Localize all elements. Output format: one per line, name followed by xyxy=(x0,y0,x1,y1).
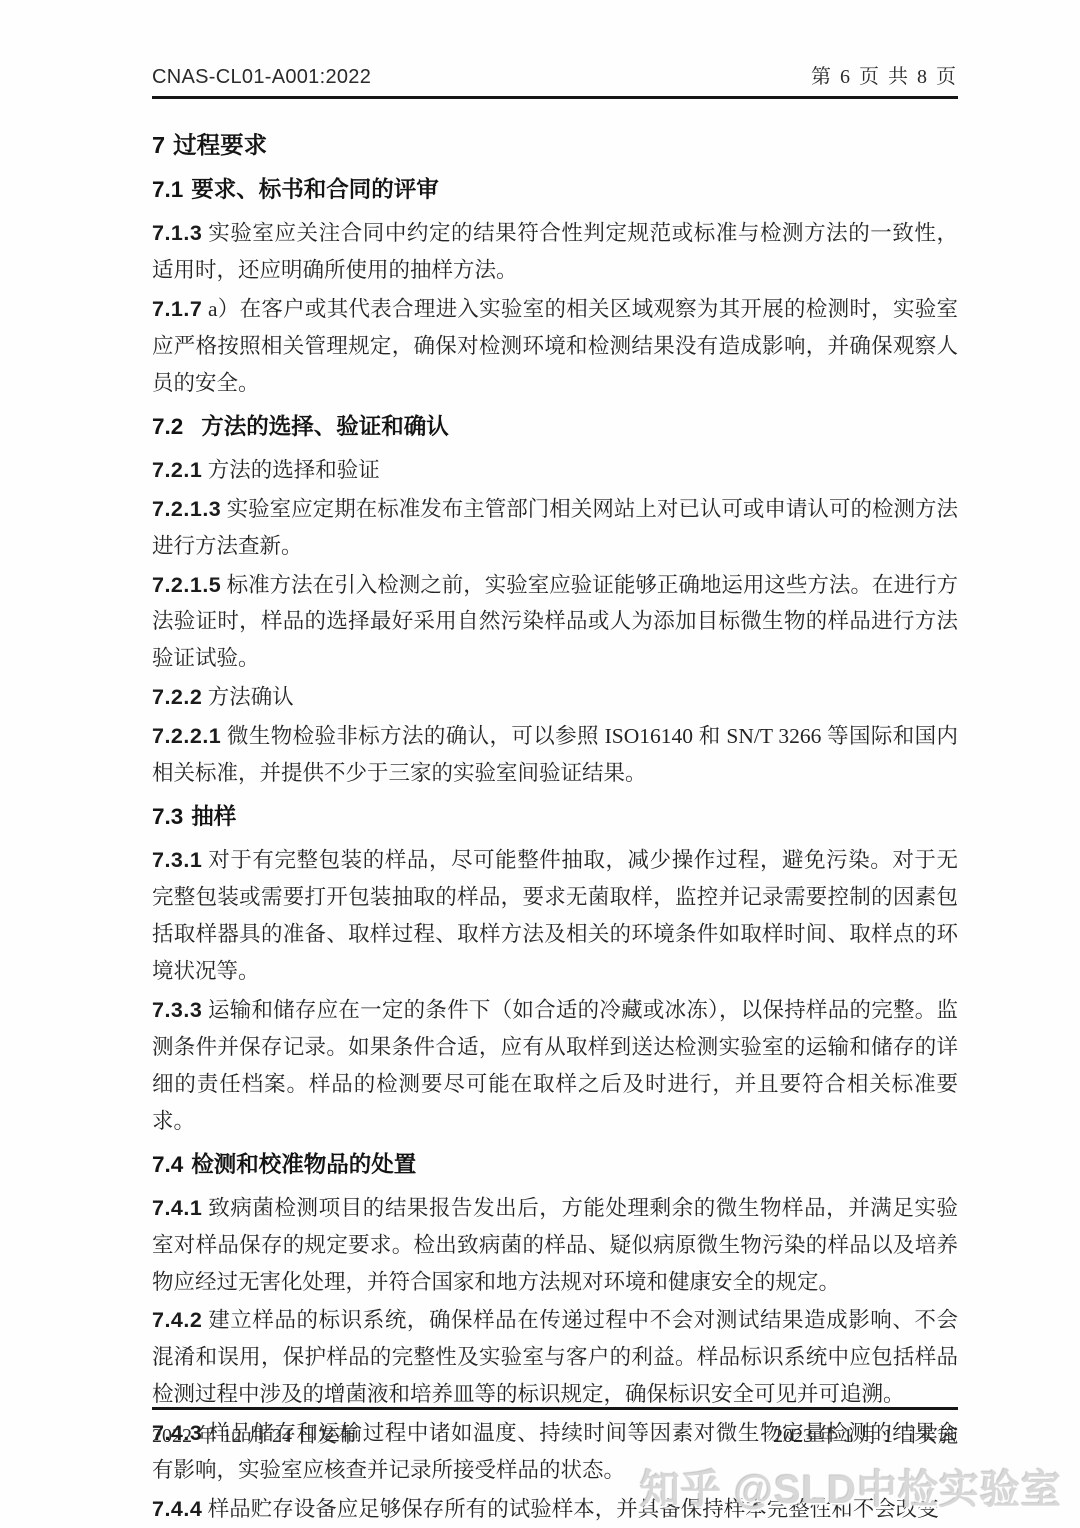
clause-text: 方法确认 xyxy=(208,685,294,709)
clause-number: 7.1 xyxy=(152,177,183,202)
heading-7-2: 7.2方法的选择、验证和确认 xyxy=(152,410,958,444)
clause-7-2-1-5: 7.2.1.5 标准方法在引入检测之前，实验室应验证能够正确地运用这些方法。在进… xyxy=(152,567,958,678)
clause-7-4-2: 7.4.2 建立样品的标识系统，确保样品在传递过程中不会对测试结果造成影响、不会… xyxy=(152,1302,958,1413)
document-page: CNAS-CL01-A001:2022 第 6 页 共 8 页 7过程要求 7.… xyxy=(0,0,1080,1528)
clause-number: 7.3 xyxy=(152,804,183,829)
heading-text: 过程要求 xyxy=(173,132,267,158)
heading-7-3: 7.3抽样 xyxy=(152,800,958,834)
clause-text: 方法的选择和验证 xyxy=(208,458,380,482)
clause-number: 7.4 xyxy=(152,1152,183,1177)
implement-date: 2023 年 1 月 1 日实施 xyxy=(773,1419,958,1448)
heading-text: 要求、标书和合同的评审 xyxy=(191,177,439,202)
clause-number: 7.2.2 xyxy=(152,685,202,709)
clause-text: 对于有完整包装的样品，尽可能整件抽取，减少操作过程，避免污染。对于无完整包装或需… xyxy=(152,848,958,983)
document-body: 7过程要求 7.1要求、标书和合同的评审 7.1.3 实验室应关注合同中约定的结… xyxy=(152,122,958,1528)
clause-number: 7.4.4 xyxy=(152,1497,202,1521)
clause-7-4-1: 7.4.1 致病菌检测项目的结果报告发出后，方能处理剩余的微生物样品，并满足实验… xyxy=(152,1190,958,1301)
watermark-text: 知乎 @SLD中检实验室 xyxy=(640,1458,1062,1515)
clause-text: a）在客户或其代表合理进入实验室的相关区域观察为其开展的检测时，实验室应严格按照… xyxy=(152,297,958,395)
clause-number: 7.2.1 xyxy=(152,458,202,482)
clause-7-3-1: 7.3.1 对于有完整包装的样品，尽可能整件抽取，减少操作过程，避免污染。对于无… xyxy=(152,842,958,990)
heading-7-1: 7.1要求、标书和合同的评审 xyxy=(152,173,958,207)
document-code: CNAS-CL01-A001:2022 xyxy=(152,66,371,89)
clause-text: 标准方法在引入检测之前，实验室应验证能够正确地运用这些方法。在进行方法验证时，样… xyxy=(152,573,958,671)
clause-text: 致病菌检测项目的结果报告发出后，方能处理剩余的微生物样品，并满足实验室对样品保存… xyxy=(152,1196,958,1294)
heading-text: 抽样 xyxy=(191,804,236,829)
clause-7-2-1: 7.2.1 方法的选择和验证 xyxy=(152,452,958,489)
page-footer: 2022 年 12 月 24 日发布 2023 年 1 月 1 日实施 xyxy=(152,1407,958,1448)
clause-text: 实验室应定期在标准发布主管部门相关网站上对已认可或申请认可的检测方法进行方法查新… xyxy=(152,497,958,558)
heading-text: 方法的选择、验证和确认 xyxy=(201,414,449,439)
clause-number: 7.3.1 xyxy=(152,848,202,872)
heading-text: 检测和校准物品的处置 xyxy=(191,1152,416,1177)
clause-number: 7.2.2.1 xyxy=(152,724,221,748)
clause-number: 7.2.1.3 xyxy=(152,497,221,521)
clause-text: 实验室应关注合同中约定的结果符合性判定规范或标准与检测方法的一致性，适用时，还应… xyxy=(152,221,958,282)
clause-7-2-2-1: 7.2.2.1 微生物检验非标方法的确认，可以参照 ISO16140 和 SN/… xyxy=(152,718,958,792)
clause-number: 7.1.7 xyxy=(152,297,202,321)
heading-7-4: 7.4检测和校准物品的处置 xyxy=(152,1148,958,1182)
clause-text: 微生物检验非标方法的确认，可以参照 ISO16140 和 SN/T 3266 等… xyxy=(152,724,958,785)
clause-number: 7.4.1 xyxy=(152,1196,202,1220)
clause-number: 7.2 xyxy=(152,414,183,439)
clause-number: 7.4.2 xyxy=(152,1308,202,1332)
clause-number: 7.3.3 xyxy=(152,998,202,1022)
clause-text: 建立样品的标识系统，确保样品在传递过程中不会对测试结果造成影响、不会混淆和误用，… xyxy=(152,1308,958,1406)
clause-7-2-2: 7.2.2 方法确认 xyxy=(152,679,958,716)
clause-7-1-7: 7.1.7 a）在客户或其代表合理进入实验室的相关区域观察为其开展的检测时，实验… xyxy=(152,291,958,402)
clause-text: 运输和储存应在一定的条件下（如合适的冷藏或冰冻），以保持样品的完整。监测条件并保… xyxy=(152,998,958,1133)
clause-number: 7.2.1.5 xyxy=(152,573,221,597)
page-header: CNAS-CL01-A001:2022 第 6 页 共 8 页 xyxy=(152,60,958,99)
clause-7-1-3: 7.1.3 实验室应关注合同中约定的结果符合性判定规范或标准与检测方法的一致性，… xyxy=(152,215,958,289)
clause-number: 7.1.3 xyxy=(152,221,202,245)
heading-7: 7过程要求 xyxy=(152,128,958,163)
page-number-indicator: 第 6 页 共 8 页 xyxy=(811,60,958,89)
clause-7-3-3: 7.3.3 运输和储存应在一定的条件下（如合适的冷藏或冰冻），以保持样品的完整。… xyxy=(152,992,958,1140)
clause-7-2-1-3: 7.2.1.3 实验室应定期在标准发布主管部门相关网站上对已认可或申请认可的检测… xyxy=(152,491,958,565)
clause-number: 7 xyxy=(152,132,165,158)
issue-date: 2022 年 12 月 24 日发布 xyxy=(152,1419,357,1448)
